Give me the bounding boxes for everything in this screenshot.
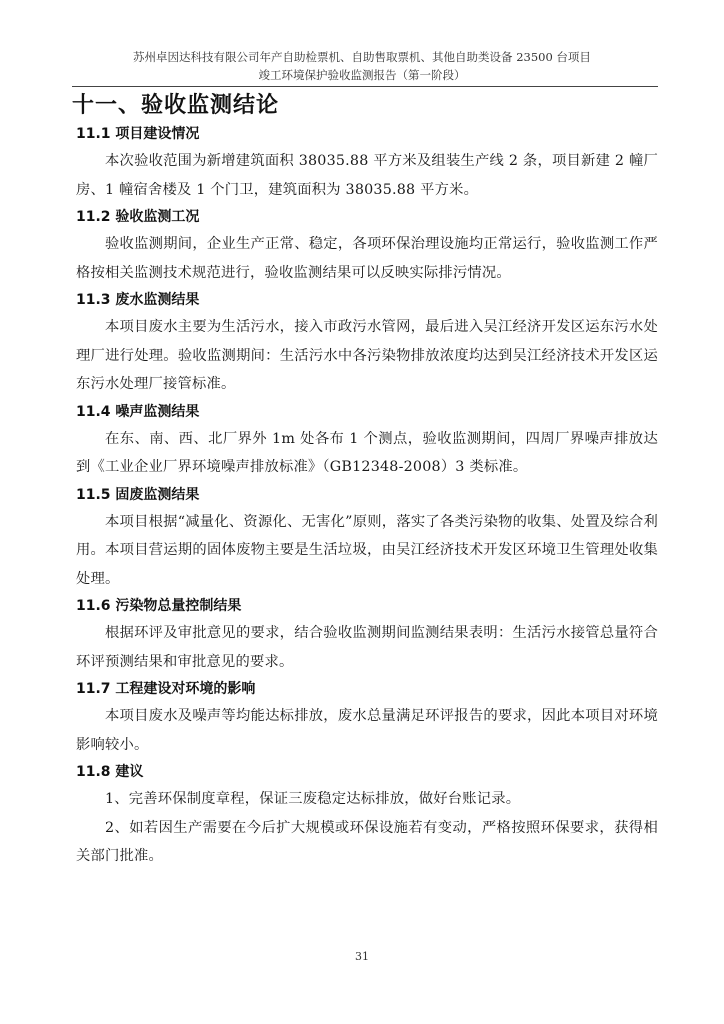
running-header-line1: 苏州卓因达科技有限公司年产自助检票机、自助售取票机、其他自助类设备 23500 … [72, 48, 652, 67]
paragraph: 本项目废水主要为生活污水，接入市政污水管网，最后进入吴江经济开发区运东污水处理厂… [76, 313, 658, 399]
section-11-4: 11.4 噪声监测结果 在东、南、西、北厂界外 1m 处各布 1 个测点，验收监… [76, 399, 658, 482]
paragraph: 本项目废水及噪声等均能达标排放，废水总量满足环评报告的要求，因此本项目对环境影响… [76, 702, 658, 759]
document-body: 11.1 项目建设情况 本次验收范围为新增建筑面积 38035.88 平方米及组… [76, 121, 658, 871]
section-11-8: 11.8 建议 1、完善环保制度章程，保证三废稳定达标排放，做好台账记录。 2、… [76, 759, 658, 871]
header-divider [72, 86, 658, 87]
section-heading: 11.3 废水监测结果 [76, 287, 658, 313]
paragraph: 本次验收范围为新增建筑面积 38035.88 平方米及组装生产线 2 条，项目新… [76, 147, 658, 204]
section-11-6: 11.6 污染物总量控制结果 根据环评及审批意见的要求，结合验收监测期间监测结果… [76, 593, 658, 676]
paragraph: 本项目根据“减量化、资源化、无害化”原则，落实了各类污染物的收集、处置及综合利用… [76, 508, 658, 594]
section-11-3: 11.3 废水监测结果 本项目废水主要为生活污水，接入市政污水管网，最后进入吴江… [76, 287, 658, 399]
document-page: 苏州卓因达科技有限公司年产自助检票机、自助售取票机、其他自助类设备 23500 … [0, 0, 724, 1024]
chapter-title: 十一、验收监测结论 [72, 88, 279, 119]
paragraph: 在东、南、西、北厂界外 1m 处各布 1 个测点，验收监测期间，四周厂界噪声排放… [76, 425, 658, 482]
section-heading: 11.6 污染物总量控制结果 [76, 593, 658, 619]
paragraph: 验收监测期间，企业生产正常、稳定，各项环保治理设施均正常运行，验收监测工作严格按… [76, 230, 658, 287]
section-heading: 11.5 固废监测结果 [76, 482, 658, 508]
section-heading: 11.1 项目建设情况 [76, 121, 658, 147]
section-heading: 11.8 建议 [76, 759, 658, 785]
section-heading: 11.7 工程建设对环境的影响 [76, 676, 658, 702]
section-heading: 11.4 噪声监测结果 [76, 399, 658, 425]
page-number: 31 [0, 950, 724, 963]
recommendation-1: 1、完善环保制度章程，保证三废稳定达标排放，做好台账记录。 [76, 785, 658, 814]
running-header-line2: 竣工环境保护验收监测报告（第一阶段） [72, 66, 652, 85]
section-heading: 11.2 验收监测工况 [76, 204, 658, 230]
recommendation-2: 2、如若因生产需要在今后扩大规模或环保设施若有变动，严格按照环保要求，获得相关部… [76, 814, 658, 871]
section-11-2: 11.2 验收监测工况 验收监测期间，企业生产正常、稳定，各项环保治理设施均正常… [76, 204, 658, 287]
section-11-5: 11.5 固废监测结果 本项目根据“减量化、资源化、无害化”原则，落实了各类污染… [76, 482, 658, 594]
paragraph: 根据环评及审批意见的要求，结合验收监测期间监测结果表明：生活污水接管总量符合环评… [76, 619, 658, 676]
section-11-7: 11.7 工程建设对环境的影响 本项目废水及噪声等均能达标排放，废水总量满足环评… [76, 676, 658, 759]
section-11-1: 11.1 项目建设情况 本次验收范围为新增建筑面积 38035.88 平方米及组… [76, 121, 658, 204]
